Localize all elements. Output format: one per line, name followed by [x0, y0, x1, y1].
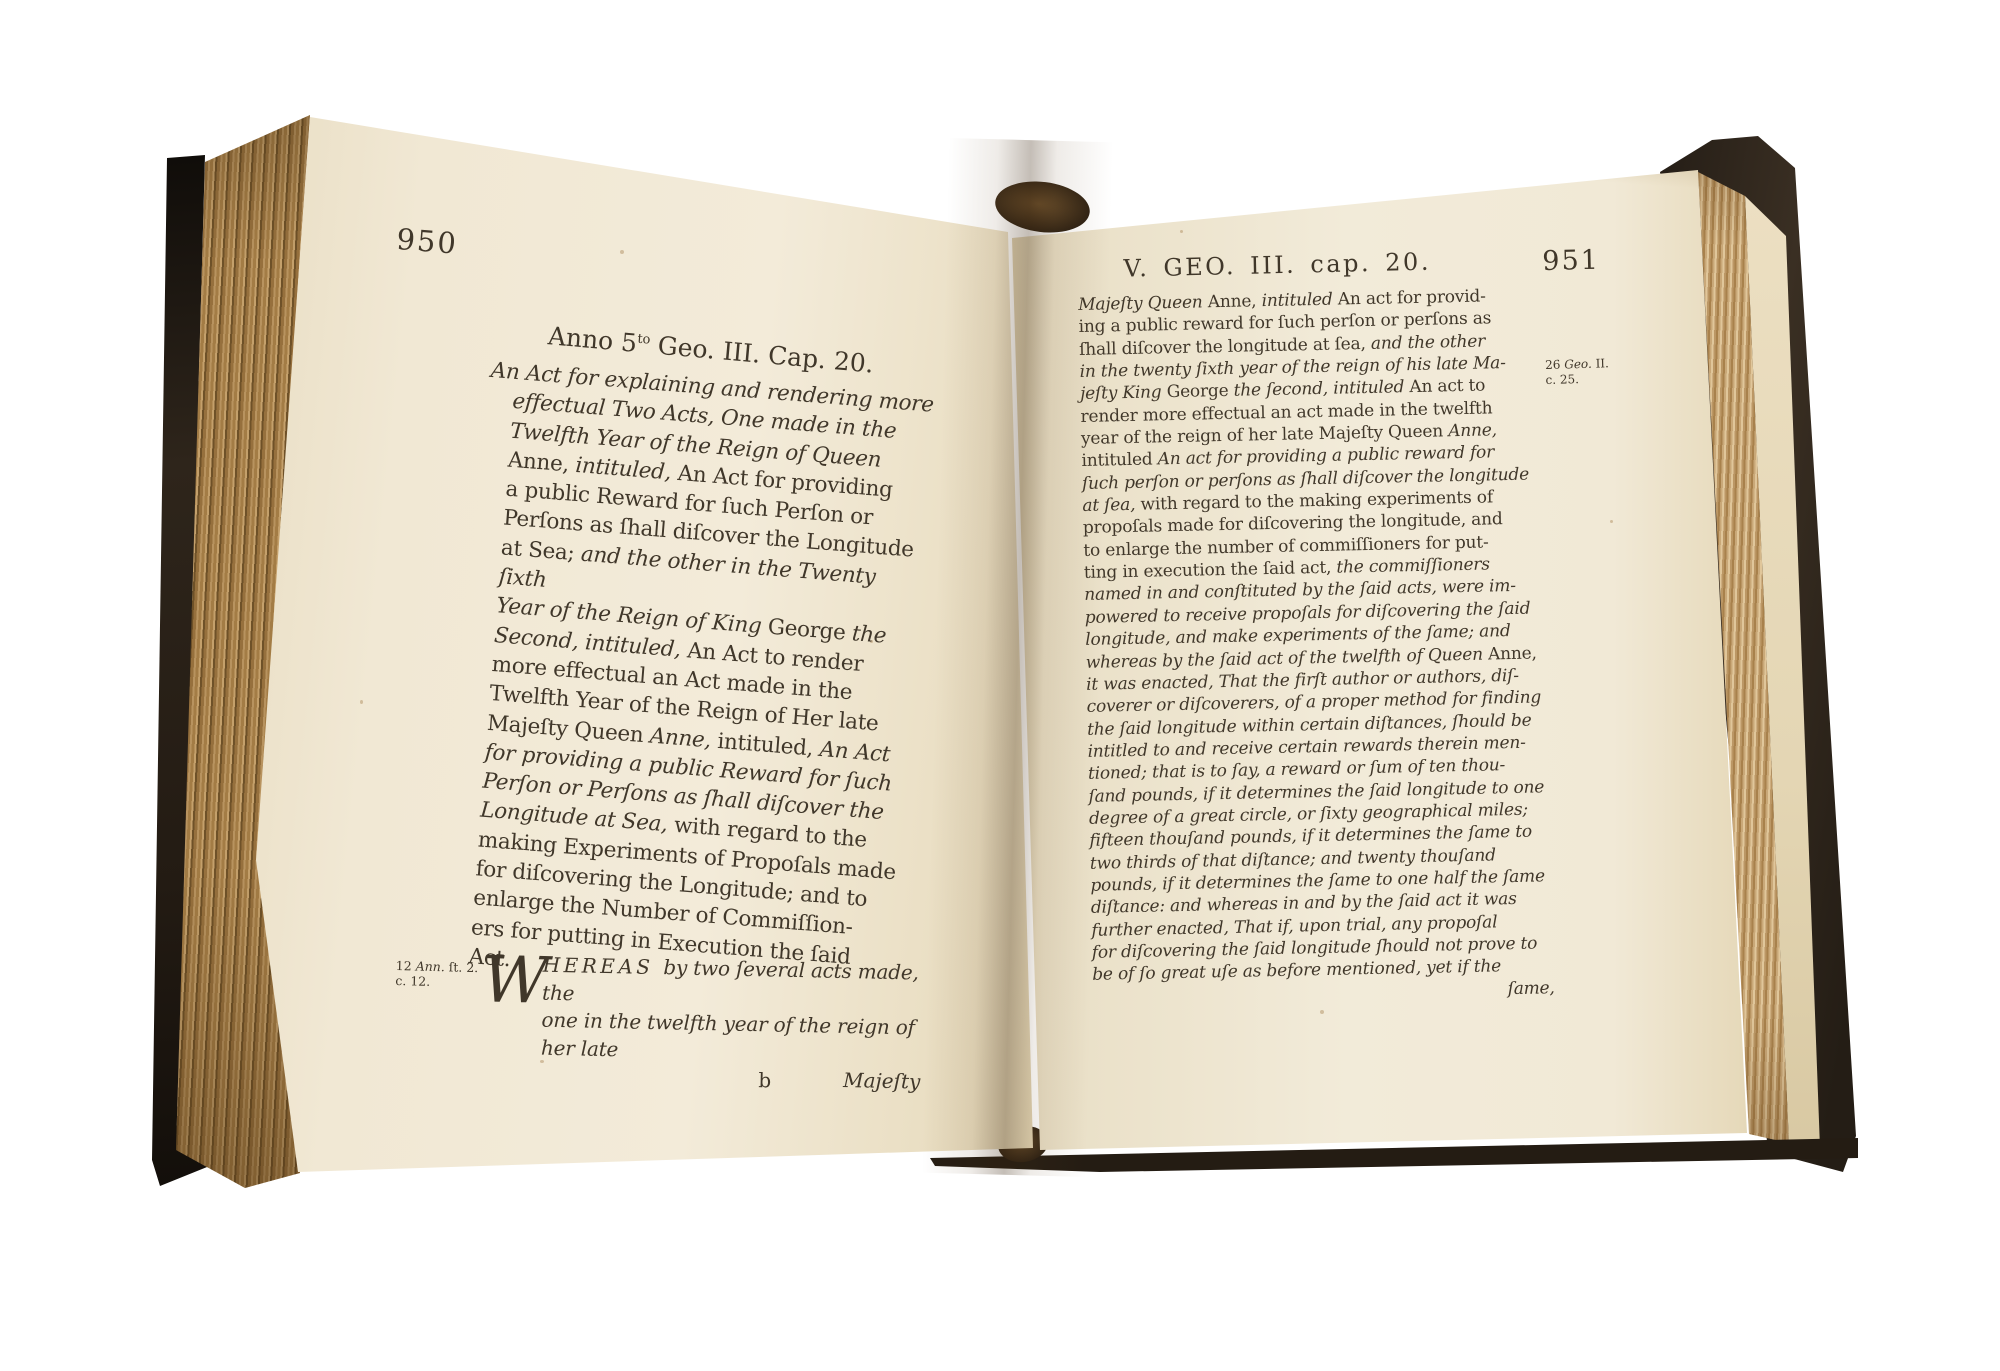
- whereas-paragraph: W HEREAS by two ſeveral acts made, theon…: [462, 950, 925, 1100]
- signature-mark: b: [758, 1068, 771, 1092]
- left-catchword: Majeſty: [843, 1068, 921, 1094]
- right-body-text: Majeſty Queen Anne, intituled An act for…: [1078, 284, 1565, 1009]
- right-body-lines: Majeſty Queen Anne, intituled An act for…: [1078, 284, 1564, 986]
- book-photograph: 950 Anno 5to Geo. III. Cap. 20. An Act f…: [0, 0, 2000, 1371]
- foxing-speck: [620, 250, 624, 254]
- text-segment: at Sea;: [500, 535, 582, 566]
- text-segment: An act for provid-: [1338, 286, 1486, 309]
- text-segment: the commiſſioners: [1336, 555, 1490, 578]
- text-segment: George: [1167, 381, 1234, 402]
- text-segment: 12: [396, 958, 416, 974]
- foxing-speck: [1320, 1010, 1324, 1014]
- text-segment: the ſecond, intituled: [1233, 377, 1409, 401]
- foxing-speck: [360, 700, 363, 704]
- right-page-number: 951: [1542, 245, 1600, 277]
- text-segment: An Act: [819, 737, 891, 767]
- right-margin-citation: 26 Geo. II.c. 25.: [1545, 356, 1641, 387]
- text-segment: Ann.: [415, 959, 444, 975]
- whereas-lines: HEREAS by two ſeveral acts made, theone …: [541, 952, 925, 1070]
- text-segment: intituled: [1261, 290, 1338, 312]
- act-title-block: An Act for explaining and rendering more…: [444, 356, 937, 1004]
- text-segment: II.: [1592, 356, 1609, 370]
- gutter-shadow: [921, 138, 1113, 1177]
- text-line: c. 25.: [1545, 370, 1640, 387]
- text-segment: one in the twelfth year of the reign of …: [541, 1008, 915, 1061]
- text-segment: HEREAS: [542, 953, 663, 980]
- text-segment: the: [851, 622, 887, 650]
- text-segment: Anne,: [1448, 420, 1497, 441]
- text-segment: Geo.: [1564, 357, 1592, 372]
- text-segment: Anne,: [1208, 291, 1262, 312]
- text-line: one in the twelfth year of the reign of …: [541, 1007, 924, 1070]
- text-segment: Anne,: [1488, 643, 1537, 664]
- foxing-speck: [1180, 230, 1183, 233]
- text-segment: Anne,: [507, 447, 577, 477]
- text-segment: George: [767, 615, 853, 647]
- drop-cap: W: [482, 950, 549, 1011]
- foxing-speck: [1610, 520, 1613, 523]
- text-line: HEREAS by two ſeveral acts made, the: [542, 952, 925, 1015]
- text-segment: Anne,: [649, 723, 719, 753]
- left-page-number: 950: [395, 222, 459, 261]
- text-segment: c. 12.: [395, 973, 430, 989]
- text-segment: An act to: [1409, 376, 1485, 398]
- text-segment: and the other: [1371, 331, 1486, 353]
